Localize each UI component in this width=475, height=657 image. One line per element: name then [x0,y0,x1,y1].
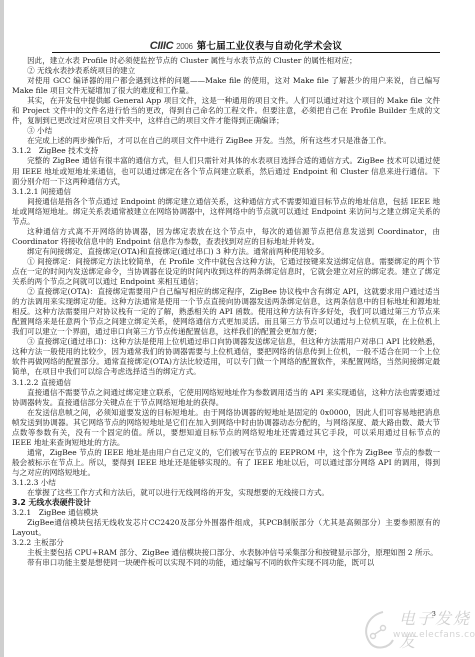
section-heading: 3.2 无线水表硬件设计 [12,498,440,508]
paragraph: 这种通信方式离不开网络的协调器，因为绑定表放在这个节点中，每次的通信源节点把信息… [12,227,440,247]
paragraph: 在发送信息帧之间，必须知道要发送的目标短地址。由于网络协调器的短地址是固定的 0… [12,408,440,448]
paragraph: 其实，在开发包中提供邮 General App 项目文件，这是一种通用的项目文件… [12,96,440,126]
paragraph: ① 间接绑定：间接绑定方法比较简单，在 Profile 文件中就包含这种方法，它… [12,257,440,287]
circuit-logo-icon [361,610,397,650]
paragraph: ② 无线水表抄表系统项目的建立 [12,66,440,76]
running-header: CIIIC 2006 第七届工业仪表与自动化学术会议 [52,34,440,52]
page-number: 3 [432,611,436,618]
section-heading: 3.1.2 ZigBee 技术支持 [12,146,440,156]
paragraph: 绑定有间接绑定、直接绑定(OTA)和直接绑定(通过串口) 3 种方法。通常前两种… [12,247,440,257]
watermark: 电子发烧友 www.elecfans.com [361,606,475,654]
paragraph: 在掌握了这些工作方式和方法后，就可以进行无线网络的开发，实现想要的无线接口方式。 [12,488,440,498]
watermark-url: www.elecfans.com [393,630,475,640]
paragraph: 主板主要包括 CPU+RAM 部分、ZigBee 通信模块接口部分、水表脉冲信号… [12,548,440,558]
paper-page: CIIIC 2006 第七届工业仪表与自动化学术会议 因此，建立水表 Profi… [6,0,475,657]
section-heading: 3.2.2 主板部分 [12,538,440,548]
paragraph: 通常，ZigBee 节点的 IEEE 地址是由用户自己定义的，它们被写在节点的 … [12,448,440,478]
body-text: 因此，建立水表 Profile 时必须使监控节点的 Cluster 属性与水表节… [12,56,440,568]
paragraph: 带有串口功能主要是想使同一块硬件板可以实现不同的功能，通过编写不同的软件实现不同… [12,558,440,568]
paragraph: 对使用 GCC 编译器的用户都会遇到这样的问题——Make file 的使用，这… [12,76,440,96]
paragraph: ③ 直接绑定(通过串口)：这种方法是使用上位机通过串口向协调器发送绑定信息，但这… [12,337,440,377]
paragraph: ZigBee通信模块包括无线收发芯片CC2420及部分外围器件组成，其PCB制版… [12,518,440,538]
paragraph: ③ 小结 [12,126,440,136]
conference-logo-icon: CIIIC 2006 [150,40,193,52]
section-heading: 3.1.2.2 直接通信 [12,378,440,388]
section-heading: 3.1.2.1 间接通信 [12,187,440,197]
watermark-text: 电子发烧友 [399,606,475,652]
conference-title: 第七届工业仪表与自动化学术会议 [197,38,343,52]
paragraph: 因此，建立水表 Profile 时必须使监控节点的 Cluster 属性与水表节… [12,56,440,66]
conference-year: 2006 [176,42,193,51]
section-heading: 3.1.2.3 小结 [12,478,440,488]
paragraph: 间接通信是指各个节点通过 Endpoint 的绑定建立通信关系，这种通信方式不需… [12,197,440,227]
section-heading: 3.2.1 ZigBee 通信模块 [12,508,440,518]
paragraph: 完整的 ZigBee 通信有很丰富的通信方式，但人们只需针对具体的水表项目选择合… [12,156,440,186]
paragraph: 在完成上述的两步操作后，才可以在自己的项目文件中进行 ZigBee 开发。当然，… [12,136,440,146]
header-rule [52,52,440,53]
paragraph: ② 直接绑定(OTA)：直接绑定需要用户自己编写相应的绑定程序，ZigBee 协… [12,287,440,337]
scan-border-strip [0,0,4,657]
paragraph: 直接通信不需要节点之间通过绑定建立联系，它使用网络短地址作为参数调用适当的 AP… [12,388,440,408]
